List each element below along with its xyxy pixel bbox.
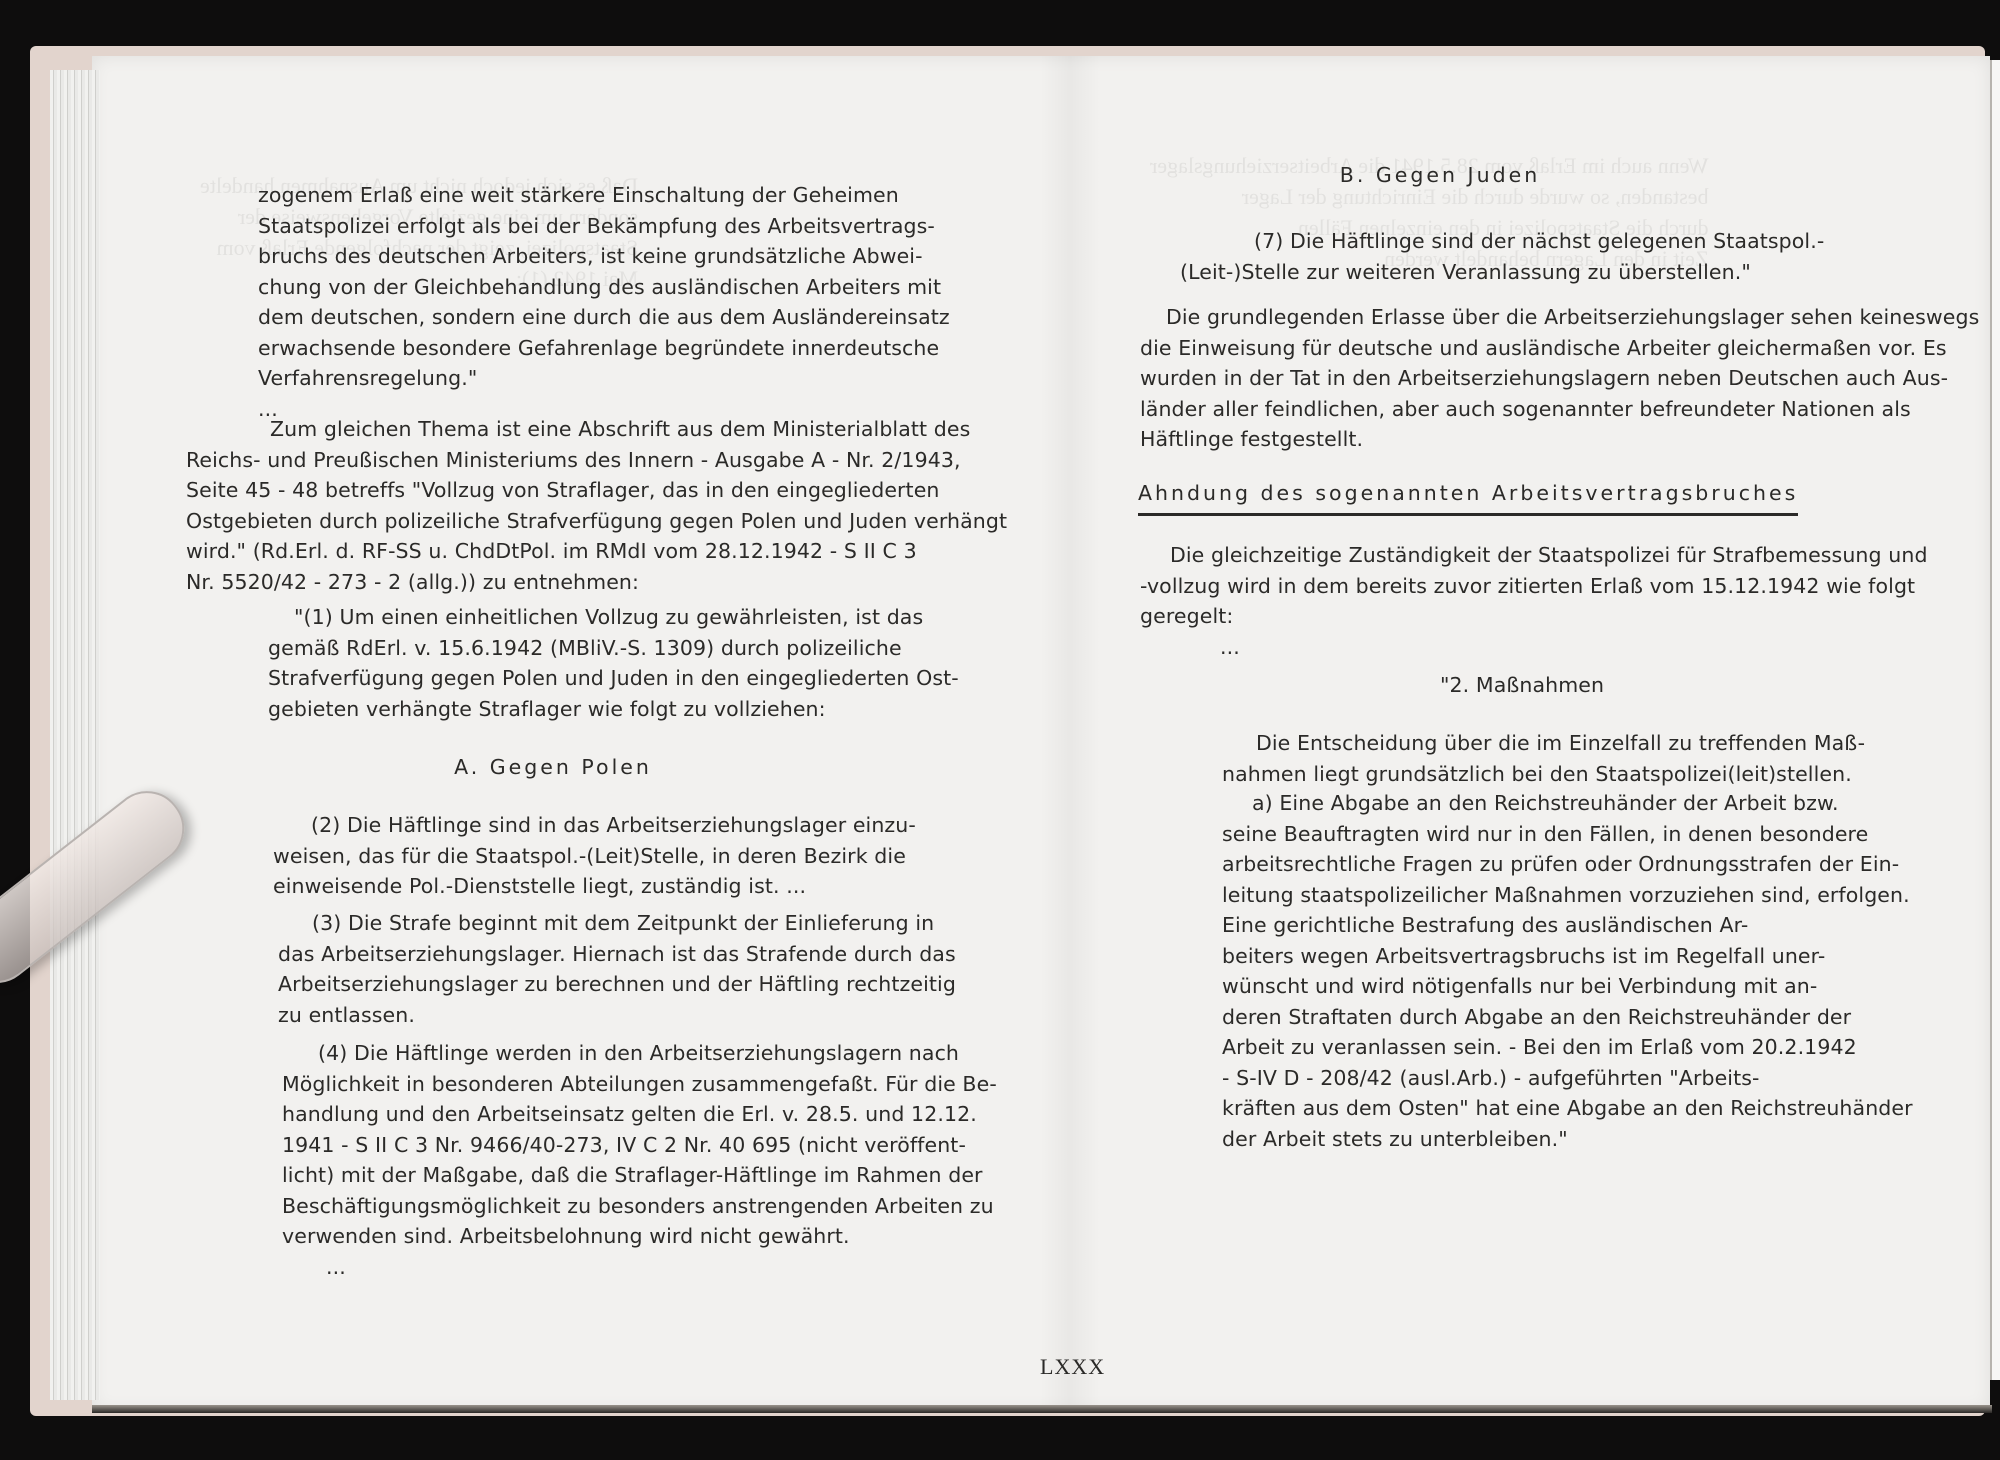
text-line: Beschäftigungsmöglichkeit zu besonders a…: [282, 1191, 1042, 1222]
text-line: dem deutschen, sondern eine durch die au…: [258, 302, 1018, 333]
text-line: zogenem Erlaß eine weit stärkere Einscha…: [258, 180, 1018, 211]
text-line: das Arbeitserziehungslager. Hiernach ist…: [278, 939, 1038, 970]
text-line: Seite 45 - 48 betreffs "Vollzug von Stra…: [186, 475, 1026, 506]
right-quote-para-1: Die Entscheidung über die im Einzelfall …: [1222, 728, 1942, 789]
right-paragraph-zustaendigkeit: Die gleichzeitige Zuständigkeit der Staa…: [1140, 540, 1980, 662]
text-line: Staatspolizei erfolgt als bei der Bekämp…: [258, 211, 1018, 242]
text-line: geregelt:: [1140, 601, 1980, 632]
bottom-shadow: [92, 1405, 1992, 1413]
page-number: LXXX: [1040, 1354, 1105, 1380]
text-line: Eine gerichtliche Bestrafung des ausländ…: [1222, 910, 1962, 941]
text-line: 1941 - S II C 3 Nr. 9466/40-273, IV C 2 …: [282, 1130, 1042, 1161]
left-item-4: (4) Die Häftlinge werden in den Arbeitse…: [282, 1038, 1042, 1282]
section-a-heading: A. Gegen Polen: [268, 752, 838, 783]
left-page-text: zogenem Erlaß eine weit stärkere Einscha…: [258, 180, 1018, 424]
text-line: (2) Die Häftlinge sind in das Arbeitserz…: [273, 810, 1033, 841]
text-line: Möglichkeit in besonderen Abteilungen zu…: [282, 1069, 1042, 1100]
text-line: (7) Die Häftlinge sind der nächst gelege…: [1180, 226, 1880, 257]
right-item-7: (7) Die Häftlinge sind der nächst gelege…: [1180, 226, 1880, 287]
text-line: Strafverfügung gegen Polen und Juden in …: [268, 663, 1028, 694]
text-line: wird." (Rd.Erl. d. RF-SS u. ChdDtPol. im…: [186, 536, 1026, 567]
text-line: Verfahrensregelung.": [258, 363, 1018, 394]
text-line: Arbeitserziehungslager zu berechnen und …: [278, 969, 1038, 1000]
text-line: Reichs- und Preußischen Ministeriums des…: [186, 445, 1026, 476]
text-line: arbeitsrechtliche Fragen zu prüfen oder …: [1222, 849, 1962, 880]
text-line: wünscht und wird nötigenfalls nur bei Ve…: [1222, 971, 1962, 1002]
text-line: (4) Die Häftlinge werden in den Arbeitse…: [282, 1038, 1042, 1069]
text-line: weisen, das für die Staatspol.-(Leit)Ste…: [273, 841, 1033, 872]
text-line: leitung staatspolizeilicher Maßnahmen vo…: [1222, 880, 1962, 911]
text-line: länder aller feindlichen, aber auch soge…: [1140, 394, 1980, 425]
text-line: Häftlinge festgestellt.: [1140, 424, 1980, 455]
text-line: a) Eine Abgabe an den Reichstreuhänder d…: [1222, 788, 1962, 819]
text-line: verwenden sind. Arbeitsbelohnung wird ni…: [282, 1221, 1042, 1252]
text-line: handlung und den Arbeitseinsatz gelten d…: [282, 1099, 1042, 1130]
text-line: zu entlassen.: [278, 1000, 1038, 1031]
text-line: gebieten verhängte Straflager wie folgt …: [268, 694, 1028, 725]
text-line: Die gleichzeitige Zuständigkeit der Staa…: [1140, 540, 1980, 571]
text-line: licht) mit der Maßgabe, daß die Straflag…: [282, 1160, 1042, 1191]
quote-heading-massnahmen: "2. Maßnahmen: [1440, 670, 1840, 701]
text-line: kräften aus dem Osten" hat eine Abgabe a…: [1222, 1093, 1962, 1124]
text-line: (Leit-)Stelle zur weiteren Veranlassung …: [1180, 257, 1880, 288]
text-line: "(1) Um einen einheitlichen Vollzug zu g…: [268, 602, 1028, 633]
section-heading-ahndung: Ahndung des sogenannten Arbeitsvertragsb…: [1138, 478, 1798, 516]
left-quote-1: "(1) Um einen einheitlichen Vollzug zu g…: [268, 602, 1028, 724]
left-item-2: (2) Die Häftlinge sind in das Arbeitserz…: [273, 810, 1033, 902]
text-line: (3) Die Strafe beginnt mit dem Zeitpunkt…: [278, 908, 1038, 939]
section-b-heading: B. Gegen Juden: [1140, 160, 1740, 191]
left-item-3: (3) Die Strafe beginnt mit dem Zeitpunkt…: [278, 908, 1038, 1030]
ellipsis: ...: [282, 1252, 1042, 1283]
book-gutter: [1040, 56, 1100, 1411]
text-line: einweisende Pol.-Dienststelle liegt, zus…: [273, 871, 1033, 902]
ellipsis: ...: [1140, 632, 1980, 663]
text-line: seine Beauftragten wird nur in den Fälle…: [1222, 819, 1962, 850]
left-paragraph-continuation: zogenem Erlaß eine weit stärkere Einscha…: [258, 180, 1018, 424]
text-line: wurden in der Tat in den Arbeitserziehun…: [1140, 363, 1980, 394]
text-line: der Arbeit stets zu unterbleiben.": [1222, 1124, 1962, 1155]
text-line: gemäß RdErl. v. 15.6.1942 (MBliV.-S. 130…: [268, 633, 1028, 664]
underlined-heading-block: Ahndung des sogenannten Arbeitsvertragsb…: [1138, 478, 1958, 516]
right-quote-para-a: a) Eine Abgabe an den Reichstreuhänder d…: [1222, 788, 1962, 1154]
text-line: nahmen liegt grundsätzlich bei den Staat…: [1222, 759, 1942, 790]
page-stack-edge: [50, 70, 100, 1400]
text-line: -vollzug wird in dem bereits zuvor zitie…: [1140, 571, 1980, 602]
text-line: die Einweisung für deutsche und ausländi…: [1140, 333, 1980, 364]
text-line: chung von der Gleichbehandlung des auslä…: [258, 272, 1018, 303]
text-line: Ostgebieten durch polizeiliche Strafverf…: [186, 506, 1026, 537]
right-paragraph-erlasse: Die grundlegenden Erlasse über die Arbei…: [1140, 302, 1980, 455]
text-line: - S-IV D - 208/42 (ausl.Arb.) - aufgefüh…: [1222, 1063, 1962, 1094]
text-line: Nr. 5520/42 - 273 - 2 (allg.)) zu entneh…: [186, 567, 1026, 598]
text-line: Zum gleichen Thema ist eine Abschrift au…: [186, 414, 1026, 445]
text-line: Die grundlegenden Erlasse über die Arbei…: [1140, 302, 1980, 333]
text-line: erwachsende besondere Gefahrenlage begrü…: [258, 333, 1018, 364]
text-line: bruchs des deutschen Arbeiters, ist kein…: [258, 241, 1018, 272]
text-line: Arbeit zu veranlassen sein. - Bei den im…: [1222, 1032, 1962, 1063]
next-page-edge: [1990, 60, 2000, 1380]
text-line: deren Straftaten durch Abgabe an den Rei…: [1222, 1002, 1962, 1033]
text-line: beiters wegen Arbeitsvertragsbruchs ist …: [1222, 941, 1962, 972]
left-paragraph-ministerialblatt: Zum gleichen Thema ist eine Abschrift au…: [186, 414, 1026, 597]
text-line: Die Entscheidung über die im Einzelfall …: [1222, 728, 1942, 759]
